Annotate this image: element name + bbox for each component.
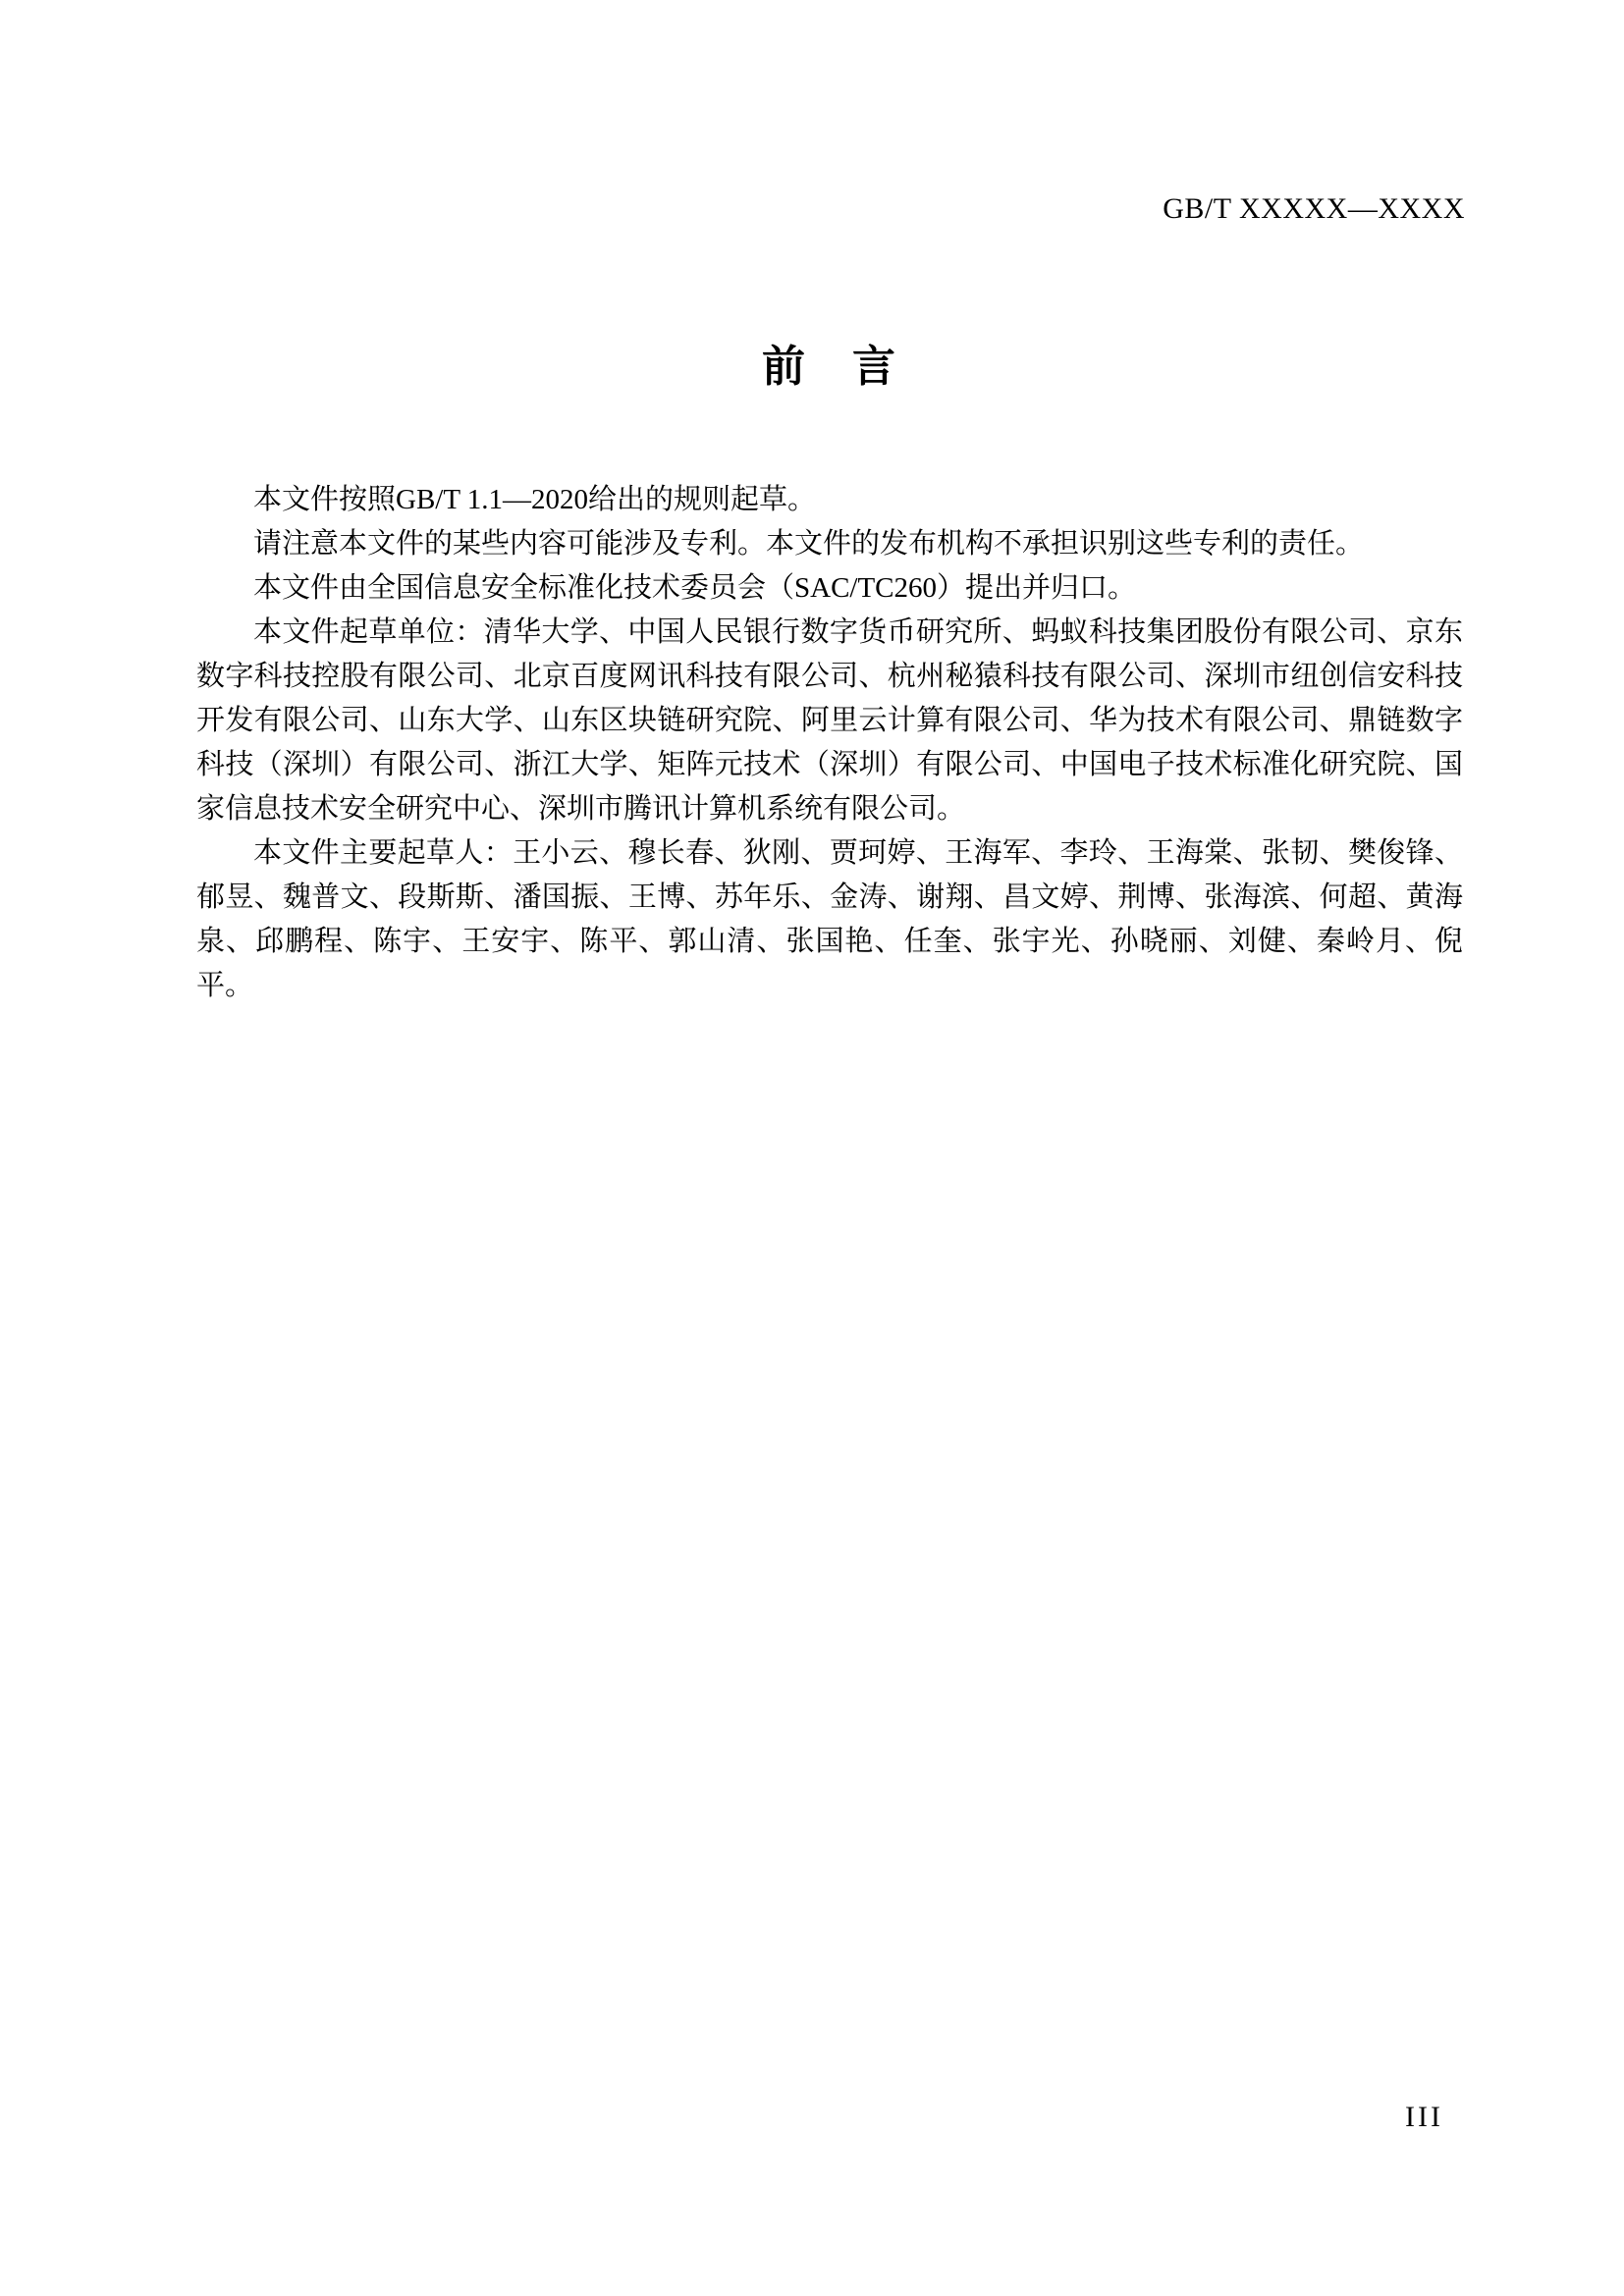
document-number: GB/T XXXXX—XXXX — [1163, 192, 1465, 226]
paragraph-drafting-rule: 本文件按照GB/T 1.1—2020给出的规则起草。 — [196, 478, 1463, 522]
paragraph-proposing-body: 本文件由全国信息安全标准化技术委员会（SAC/TC260）提出并归口。 — [196, 566, 1463, 611]
document-page: GB/T XXXXX—XXXX 前 言 本文件按照GB/T 1.1—2020给出… — [0, 0, 1624, 2296]
paragraph-patent-notice: 请注意本文件的某些内容可能涉及专利。本文件的发布机构不承担识别这些专利的责任。 — [196, 522, 1463, 566]
page-number: III — [1405, 2101, 1443, 2134]
page-title: 前 言 — [196, 342, 1463, 394]
paragraph-drafting-organizations: 本文件起草单位：清华大学、中国人民银行数字货币研究所、蚂蚁科技集团股份有限公司、… — [196, 611, 1463, 831]
paragraph-main-drafters: 本文件主要起草人：王小云、穆长春、狄刚、贾珂婷、王海军、李玲、王海棠、张韧、樊俊… — [196, 831, 1463, 1008]
foreword-body: 本文件按照GB/T 1.1—2020给出的规则起草。 请注意本文件的某些内容可能… — [196, 478, 1463, 1008]
